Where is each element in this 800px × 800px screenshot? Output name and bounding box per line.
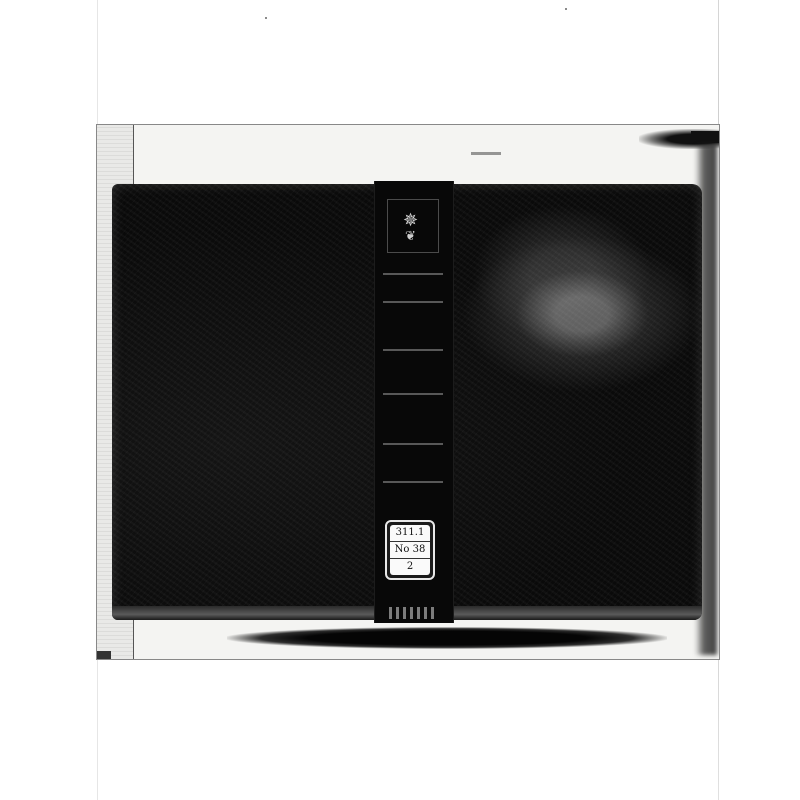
spine-band xyxy=(383,481,443,483)
spine-band xyxy=(383,443,443,445)
book: ✵ ❦ 311.1 No 38 2 xyxy=(112,184,702,620)
flower-ornament-icon: ✵ xyxy=(403,212,418,230)
shelf-mark-volume: 2 xyxy=(390,559,430,575)
photo-corner-mark xyxy=(97,651,111,659)
leaf-ornament-icon: ❦ xyxy=(405,230,416,243)
photograph: ✵ ❦ 311.1 No 38 2 xyxy=(96,124,720,660)
book-shadow xyxy=(227,627,667,649)
shelf-mark-class: 311.1 xyxy=(390,525,430,542)
spine-ornament: ✵ ❦ xyxy=(387,199,439,253)
spine-tooling xyxy=(389,607,437,619)
spine-band xyxy=(383,301,443,303)
dust-speck xyxy=(265,17,267,19)
shelf-mark-label: 311.1 No 38 2 xyxy=(385,520,435,580)
photo-smudge xyxy=(691,131,719,143)
photo-mark xyxy=(471,152,501,155)
spine-band xyxy=(383,273,443,275)
spine-band xyxy=(383,349,443,351)
spine-band xyxy=(383,393,443,395)
dust-speck xyxy=(565,8,567,10)
shelf-mark-number: No 38 xyxy=(390,542,430,559)
